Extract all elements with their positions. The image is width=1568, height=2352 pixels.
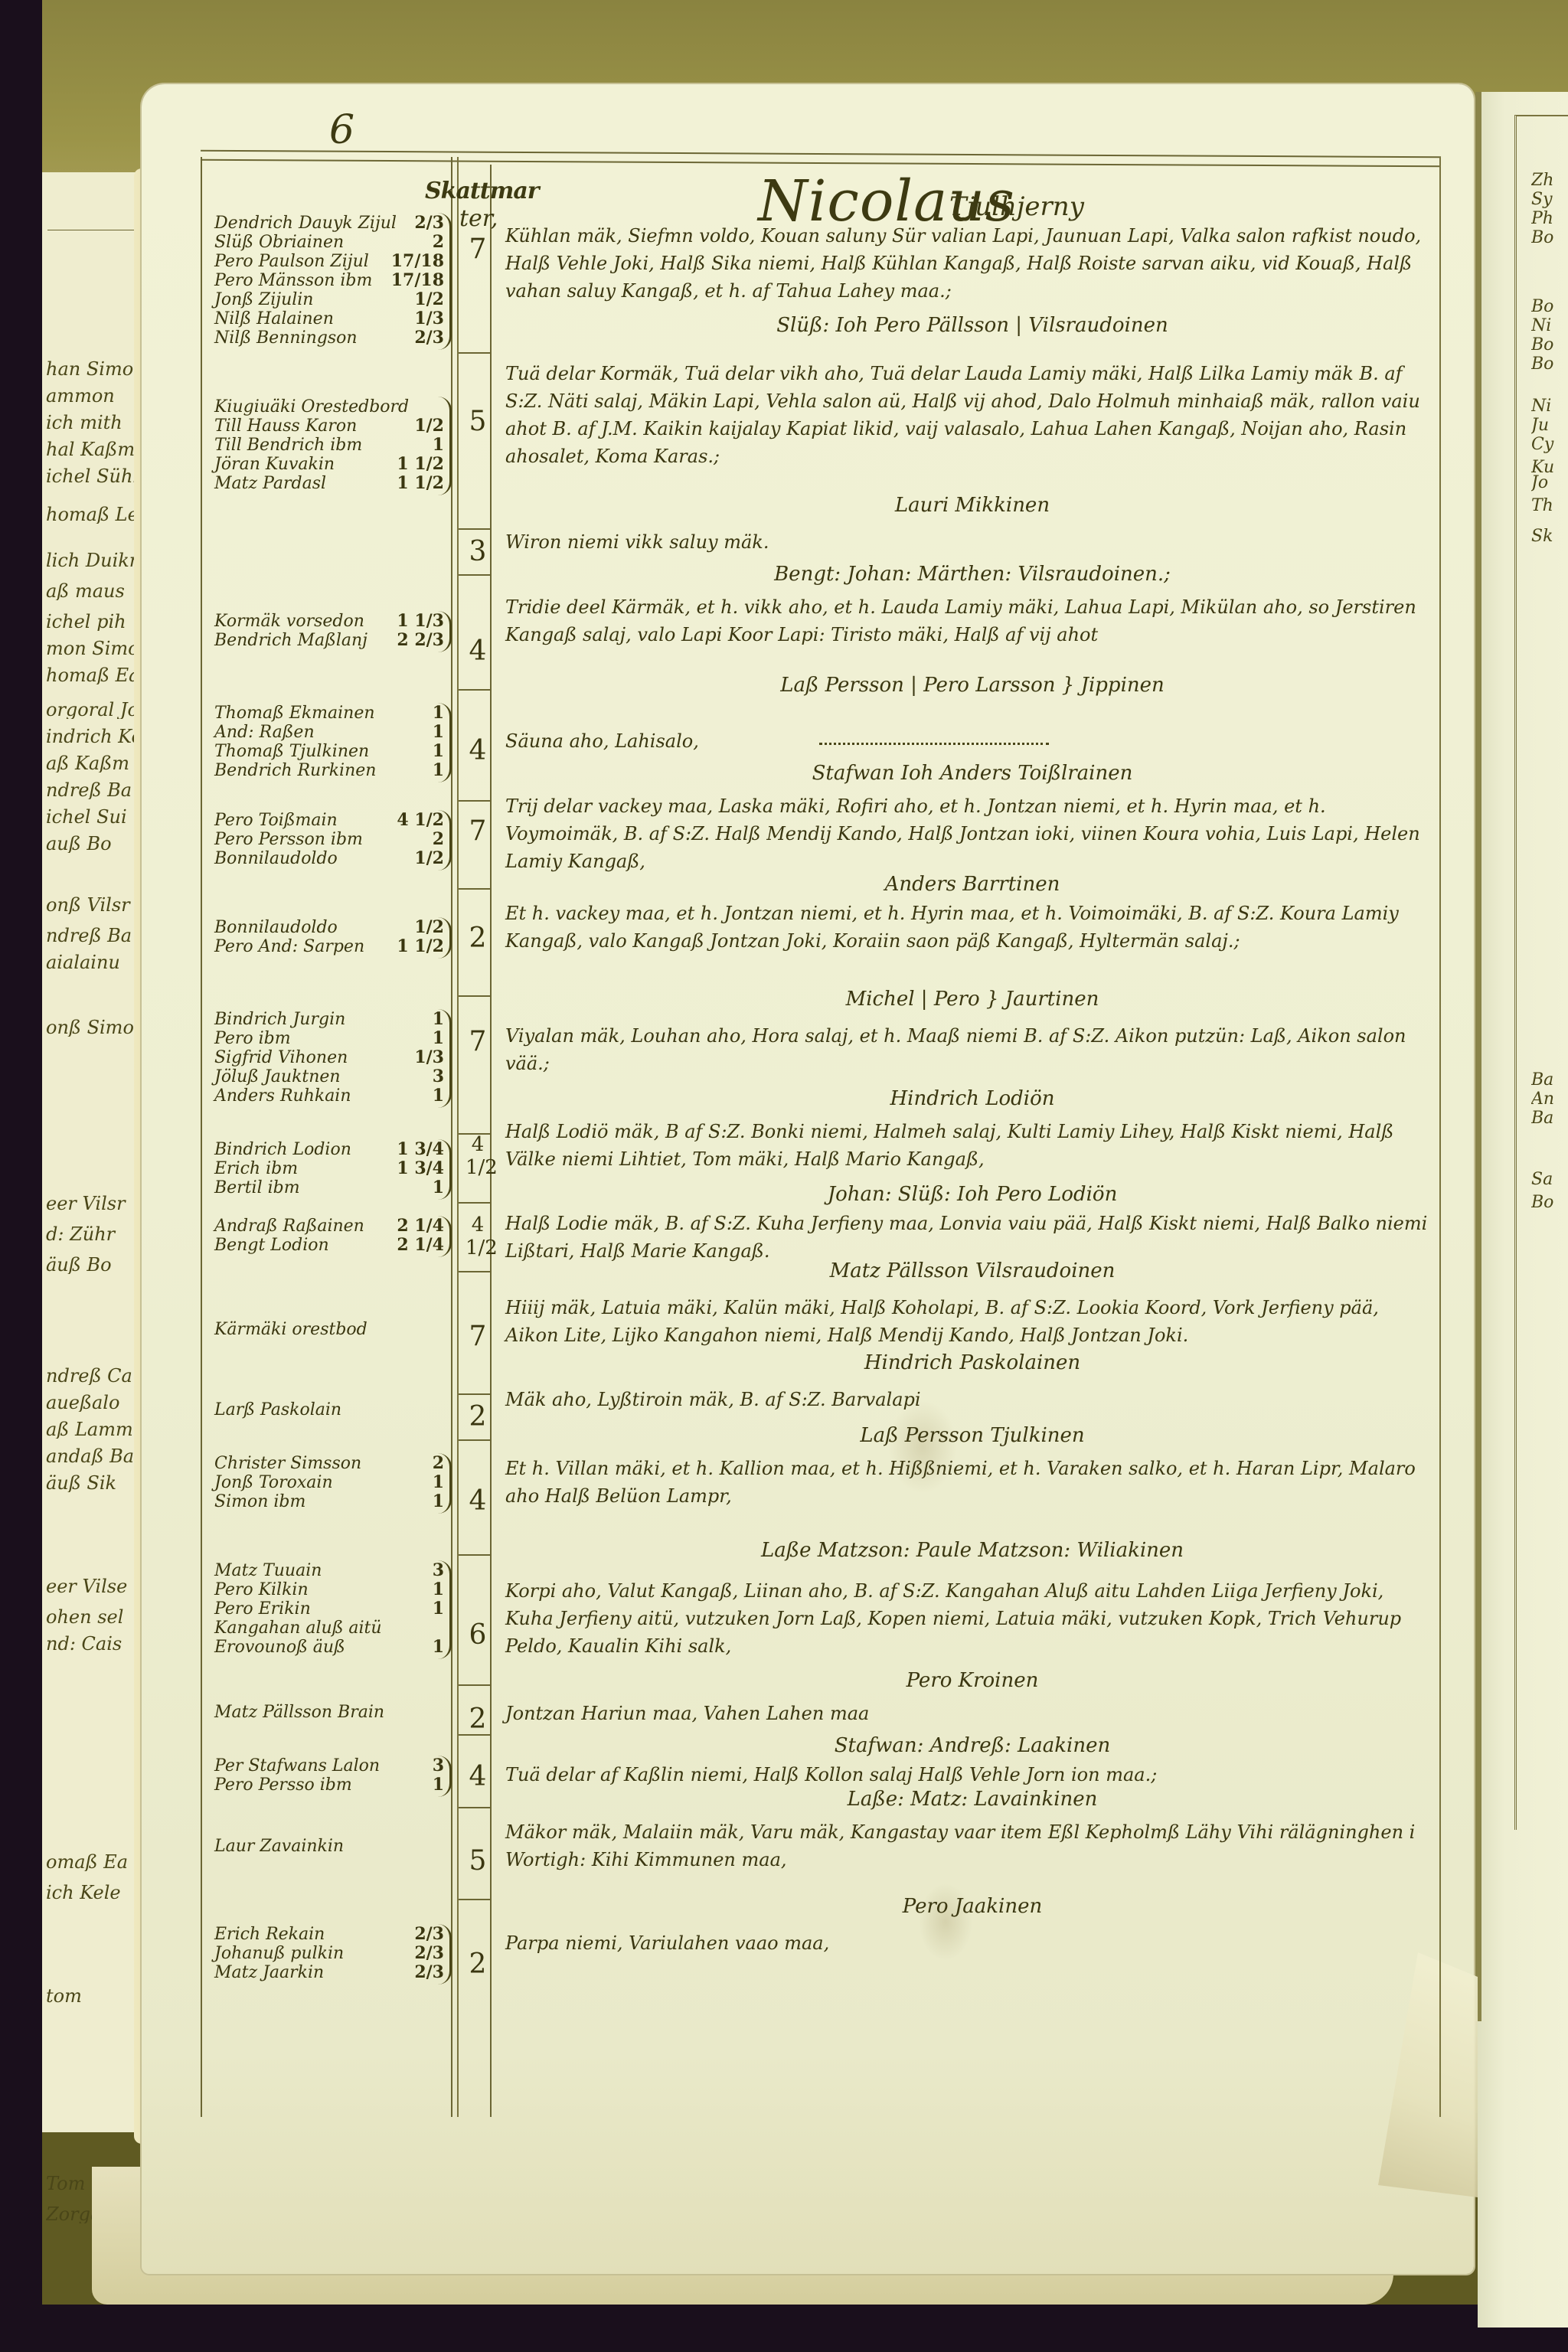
holder-list: Kiugiuäki OrestedbordTill Hauss Karon1/2… (214, 398, 444, 494)
right-page-fragment: Bo (1531, 230, 1568, 247)
left-page-fragment: ndreß Ba (46, 781, 145, 799)
holder-row: Pero Erikin1 (214, 1600, 444, 1619)
holder-name: Bonnilaudoldo (214, 850, 338, 869)
holder-name: And: Raßen (214, 724, 315, 743)
entry-text: Tuä delar Kormäk, Tuä delar vikh aho, Tu… (505, 360, 1432, 470)
right-page-fragment: Bo (1531, 1194, 1568, 1211)
holder-row: Pero ibm1 (214, 1030, 444, 1049)
holder-list: Pero Toißmain4 1/2Pero Persson ibm2Bonni… (214, 812, 444, 869)
holder-row: Bindrich Lodion1 3/4 (214, 1141, 444, 1160)
left-page-fragment: homaß Le (46, 505, 145, 524)
holder-row: Matz Pardasl1 1/2 (214, 475, 444, 494)
holder-row: Matz Tuuain3 (214, 1562, 444, 1581)
holder-name: Dendrich Dauyk Zijul (214, 214, 397, 234)
tax-value: 7 (465, 234, 490, 265)
left-page-fragment: aß Kaßm (46, 754, 145, 773)
holder-row: Pero Toißmain4 1/2 (214, 812, 444, 831)
left-page-fragment: ichel Sui (46, 808, 145, 826)
holder-name: Johanuß pulkin (214, 1945, 344, 1964)
right-page-fragment: Bo (1531, 337, 1568, 354)
page-number: 6 (329, 107, 354, 153)
holder-row: Simon ibm1 (214, 1493, 444, 1512)
left-page-fragment: äuß Bo (46, 1256, 145, 1274)
holder-row: Kormäk vorsedon1 1/3 (214, 612, 444, 632)
holder-name: Bendrich Maßlanj (214, 632, 367, 651)
holder-name: Pero Erikin (214, 1600, 311, 1619)
holder-row: Erovounoß äuß1 (214, 1638, 444, 1658)
holder-list: Kormäk vorsedon1 1/3Bendrich Maßlanj2 2/… (214, 612, 444, 651)
entry-text: Tuä delar af Kaßlin niemi, Halß Kollon s… (505, 1761, 1432, 1788)
right-page-fragment: Cy (1531, 436, 1568, 453)
entry-text: Jontzan Hariun maa, Vahen Lahen maa (505, 1700, 1432, 1727)
left-page-fragment: d: Zühr (46, 1225, 145, 1243)
tax-value: 7 (465, 815, 490, 847)
holder-name: Bengt Lodion (214, 1236, 329, 1256)
holder-row: Bendrich Rurkinen1 (214, 762, 444, 781)
holder-row: Sigfrid Vihonen1/3 (214, 1049, 444, 1068)
entry-text: Hiiij mäk, Latuia mäki, Kalün mäki, Halß… (505, 1294, 1432, 1349)
holder-list: Bonnilaudoldo1/2Pero And: Sarpen1 1/2 (214, 919, 444, 957)
left-page-fragment: aß maus (46, 582, 145, 600)
holder-name: Thomaß Tjulkinen (214, 743, 369, 762)
grouping-bracket (438, 810, 452, 871)
holder-row: Dendrich Dauyk Zijul2/3 (214, 214, 444, 234)
holder-name: Bendrich Rurkinen (214, 762, 376, 781)
holder-name: Jöluß Jauktnen (214, 1068, 341, 1087)
holder-name: Thomaß Ekmainen (214, 704, 375, 724)
holder-name: Simon ibm (214, 1493, 305, 1512)
holder-name: Till Bendrich ibm (214, 436, 362, 456)
left-page-fragment: han Simo (46, 360, 145, 378)
row-divider (459, 1439, 491, 1441)
holder-row: Kiugiuäki Orestedbord (214, 398, 444, 417)
holder-row: Jöran Kuvakin1 1/2 (214, 456, 444, 475)
left-page-fragment: ohen sel (46, 1608, 145, 1626)
tax-value: 7 (465, 1026, 490, 1057)
holder-row: Bonnilaudoldo1/2 (214, 850, 444, 869)
tax-value: 4 1/2 (465, 1133, 490, 1179)
left-page-fragment: nd: Cais (46, 1635, 145, 1653)
row-divider (459, 1807, 491, 1808)
tax-value: 2 (465, 1401, 490, 1432)
holder-row: Pero Persso ibm1 (214, 1776, 444, 1795)
left-page-fragment: orgoral Jo (46, 701, 145, 719)
holder-row: Anders Ruhkain1 (214, 1087, 444, 1106)
entry-heading: Lauri Mikkinen (505, 494, 1439, 517)
entry-text: Et h. vackey maa, et h. Jontzan niemi, e… (505, 900, 1432, 955)
tax-value: 3 (465, 536, 490, 567)
holder-name: Per Stafwans Lalon (214, 1757, 380, 1776)
entry-text: Wiron niemi vikk saluy mäk. (505, 528, 1432, 556)
holder-row: Laur Zavainkin (214, 1837, 444, 1857)
right-page-fragment: Sy (1531, 191, 1568, 208)
entry-heading: Laße Matzson: Paule Matzson: Wiliakinen (505, 1539, 1439, 1562)
tax-value: 2 (465, 1704, 490, 1735)
row-divider (459, 1684, 491, 1686)
right-page-fragment: Ni (1531, 318, 1568, 335)
holder-share: 2 1/4 (397, 1217, 444, 1236)
left-page-fragment: onß Vilsr (46, 896, 145, 914)
right-page-fragment: Th (1531, 498, 1568, 514)
left-page-fragment: mon Simo (46, 639, 145, 658)
holder-list: Dendrich Dauyk Zijul2/3Slüß Obriainen2Pe… (214, 214, 444, 348)
grouping-bracket (438, 1560, 452, 1659)
holder-row: Thomaß Ekmainen1 (214, 704, 444, 724)
entry-text: Trij delar vackey maa, Laska mäki, Rofir… (505, 792, 1432, 875)
grouping-bracket (438, 1009, 452, 1108)
entry-heading: Johan: Slüß: Ioh Pero Lodiön (505, 1183, 1439, 1206)
holder-share: 17/18 (391, 272, 444, 291)
row-divider (459, 888, 491, 890)
holder-share: 1 1/3 (397, 612, 444, 632)
holder-list: Matz Tuuain3Pero Kilkin1Pero Erikin1Kang… (214, 1562, 444, 1658)
holder-name: Kärmäki orestbod (214, 1321, 367, 1340)
entry-heading: Laß Persson Tjulkinen (505, 1424, 1439, 1447)
grouping-bracket (438, 213, 452, 350)
entry-heading: Laß Persson | Pero Larsson } Jippinen (505, 674, 1439, 697)
holder-name: Christer Simsson (214, 1455, 361, 1474)
holder-row: Johanuß pulkin2/3 (214, 1945, 444, 1964)
holder-name: Matz Pällsson Brain (214, 1704, 384, 1723)
holder-name: Erovounoß äuß (214, 1638, 345, 1658)
right-page-fragment: Sk (1531, 528, 1568, 545)
holder-list: Thomaß Ekmainen1And: Raßen1Thomaß Tjulki… (214, 704, 444, 781)
holder-share: 1 3/4 (397, 1141, 444, 1160)
holder-row: Jöluß Jauktnen3 (214, 1068, 444, 1087)
entry-heading: Hindrich Paskolainen (505, 1351, 1439, 1374)
entry-text: Halß Lodiö mäk, B af S:Z. Bonki niemi, H… (505, 1118, 1432, 1173)
holder-list: Larß Paskolain (214, 1401, 444, 1420)
holder-name: Matz Jaarkin (214, 1964, 324, 1983)
row-divider (459, 528, 491, 530)
entry-heading: Bengt: Johan: Märthen: Vilsraudoinen.; (505, 563, 1439, 586)
holder-list: Bindrich Jurgin1Pero ibm1Sigfrid Vihonen… (214, 1011, 444, 1106)
holder-share: 17/18 (391, 253, 444, 272)
right-page-fragment: Sa (1531, 1171, 1568, 1188)
holder-name: Erich ibm (214, 1160, 298, 1179)
holder-row: Nilß Benningson2/3 (214, 329, 444, 348)
row-divider (459, 352, 491, 354)
holder-name: Jonß Zijulin (214, 291, 313, 310)
left-page-fragment: andaß Ba (46, 1447, 145, 1465)
holder-name: Matz Pardasl (214, 475, 326, 494)
column-divider-tax (490, 165, 492, 2117)
entry-heading: Hindrich Lodiön (505, 1087, 1439, 1110)
right-page-fragment: Ni (1531, 398, 1568, 415)
right-page-fragment: Ku (1531, 459, 1568, 476)
entry-text: Mäkor mäk, Malaiin mäk, Varu mäk, Kangas… (505, 1818, 1432, 1873)
holder-name: Slüß Obriainen (214, 234, 344, 253)
left-page-fragment: eer Vilsr (46, 1194, 145, 1213)
left-page-fragment: eer Vilse (46, 1577, 145, 1596)
left-page-fragment: äuß Sik (46, 1474, 145, 1492)
holder-row: Bengt Lodion2 1/4 (214, 1236, 444, 1256)
grouping-bracket (438, 703, 452, 782)
grouping-bracket (438, 1453, 452, 1514)
holder-row: Erich Rekain2/3 (214, 1926, 444, 1945)
right-page-fragment: An (1531, 1091, 1568, 1108)
right-page-fragment: Bo (1531, 299, 1568, 315)
right-page-fragment: Bo (1531, 356, 1568, 373)
row-divider (459, 1202, 491, 1204)
entry-heading: Matz Pällsson Vilsraudoinen (505, 1259, 1439, 1282)
holder-row: Kärmäki orestbod (214, 1321, 444, 1340)
tax-value: 4 (465, 1485, 490, 1517)
left-page-fragment: ichel pih (46, 612, 145, 631)
left-page-fragment: ndreß Ba (46, 926, 145, 945)
holder-name: Bindrich Lodion (214, 1141, 351, 1160)
holder-row: Kangahan aluß aitü (214, 1619, 444, 1638)
holder-share: 1 1/2 (397, 938, 444, 957)
holder-name: Bindrich Jurgin (214, 1011, 345, 1030)
holder-list: Erich Rekain2/3Johanuß pulkin2/3Matz Jaa… (214, 1926, 444, 1983)
entry-text: Tridie deel Kärmäk, et h. vikk aho, et h… (505, 593, 1432, 648)
holder-row: Till Hauss Karon1/2 (214, 417, 444, 436)
entry-text: Korpi aho, Valut Kangaß, Liinan aho, B. … (505, 1577, 1432, 1660)
entry-text: Viyalan mäk, Louhan aho, Hora salaj, et … (505, 1022, 1432, 1077)
left-page-fragment: omaß Ea (46, 1853, 145, 1871)
entry-heading: Laße: Matz: Lavainkinen (505, 1788, 1439, 1811)
holder-name: Erich Rekain (214, 1926, 325, 1945)
left-page-fragment: aialainu (46, 953, 145, 972)
holder-row: Pero Kilkin1 (214, 1581, 444, 1600)
holder-name: Pero Persson ibm (214, 831, 363, 850)
holder-name: Jonß Toroxain (214, 1474, 333, 1493)
row-divider (459, 1899, 491, 1900)
right-page-fragment: Ba (1531, 1110, 1568, 1127)
entry-heading: Michel | Pero } Jaurtinen (505, 988, 1439, 1011)
holder-row: And: Raßen1 (214, 724, 444, 743)
holder-row: Nilß Halainen1/3 (214, 310, 444, 329)
holder-name: Nilß Halainen (214, 310, 334, 329)
holder-row: Pero Paulson Zijul17/18 (214, 253, 444, 272)
holder-name: Pero Kilkin (214, 1581, 309, 1600)
right-page-fragment: Ba (1531, 1072, 1568, 1089)
holder-name: Larß Paskolain (214, 1401, 341, 1420)
tax-value: 5 (465, 1845, 490, 1877)
holder-name: Kangahan aluß aitü (214, 1619, 382, 1638)
entry-text: Et h. Villan mäki, et h. Kallion maa, et… (505, 1455, 1432, 1510)
holder-name: Sigfrid Vihonen (214, 1049, 348, 1068)
holder-name: Pero Mänsson ibm (214, 272, 372, 291)
holder-name: Jöran Kuvakin (214, 456, 335, 475)
entry-text: Parpa niemi, Variulahen vaao maa, (505, 1929, 1432, 1957)
holder-name: Nilß Benningson (214, 329, 358, 348)
right-page-fragment: Zh (1531, 172, 1568, 189)
row-divider (459, 689, 491, 691)
holder-name: Pero Persso ibm (214, 1776, 352, 1795)
holder-share: 1 3/4 (397, 1160, 444, 1179)
holder-row: Thomaß Tjulkinen1 (214, 743, 444, 762)
holder-row: Pero Mänsson ibm17/18 (214, 272, 444, 291)
left-page-fragment: ich Kele (46, 1883, 145, 1902)
holder-row: Jonß Toroxain1 (214, 1474, 444, 1493)
holder-share: 1 1/2 (397, 475, 444, 494)
holder-share: 1 1/2 (397, 456, 444, 475)
row-divider (459, 1393, 491, 1395)
holder-list: Laur Zavainkin (214, 1837, 444, 1857)
holder-row: Bindrich Jurgin1 (214, 1011, 444, 1030)
holder-name: Andraß Raßainen (214, 1217, 364, 1236)
holder-name: Kormäk vorsedon (214, 612, 364, 632)
holder-name: Kiugiuäki Orestedbord (214, 398, 409, 417)
holder-row: Bendrich Maßlanj2 2/3 (214, 632, 444, 651)
entry-text: Säuna aho, Lahisalo, (505, 727, 1432, 755)
holder-name: Till Hauss Karon (214, 417, 357, 436)
left-page-fragment: auß Bo (46, 835, 145, 853)
holder-row: Andraß Raßainen2 1/4 (214, 1217, 444, 1236)
holder-name: Anders Ruhkain (214, 1087, 351, 1106)
holder-row: Matz Jaarkin2/3 (214, 1964, 444, 1983)
holder-row: Jonß Zijulin1/2 (214, 291, 444, 310)
tax-value: 2 (465, 1949, 490, 1980)
holder-row: Till Bendrich ibm1 (214, 436, 444, 456)
left-page-fragment: tom (46, 1987, 145, 2005)
holder-list: Kärmäki orestbod (214, 1321, 444, 1340)
left-page-fragment: homaß Ea (46, 666, 145, 684)
left-page-fragment: indrich Ke (46, 727, 145, 746)
row-divider (459, 1271, 491, 1272)
holder-share: 2 1/4 (397, 1236, 444, 1256)
holder-list: Per Stafwans Lalon3Pero Persso ibm1 (214, 1757, 444, 1795)
grouping-bracket (438, 1924, 452, 1984)
holder-name: Bonnilaudoldo (214, 919, 338, 938)
entry-heading: Anders Barrtinen (505, 873, 1439, 896)
grouping-bracket (438, 397, 452, 495)
left-page-fragment: ich mith (46, 413, 145, 432)
right-page-fragment: Ju (1531, 417, 1568, 434)
left-page-fragment: hal Kaßm (46, 440, 145, 459)
tax-value: 4 (465, 1761, 490, 1792)
entry-heading: Stafwan: Andreß: Laakinen (505, 1734, 1439, 1757)
book-gutter (1475, 92, 1481, 2021)
holder-row: Per Stafwans Lalon3 (214, 1757, 444, 1776)
tax-value: 4 1/2 (465, 1214, 490, 1259)
holder-row: Erich ibm1 3/4 (214, 1160, 444, 1179)
holder-name: Pero And: Sarpen (214, 938, 364, 957)
left-page-fragment: aueßalo (46, 1393, 145, 1412)
holder-share: 4 1/2 (397, 812, 444, 831)
right-page-fragment: Ph (1531, 211, 1568, 227)
holder-name: Pero Paulson Zijul (214, 253, 369, 272)
tax-value: 4 (465, 635, 490, 667)
entry-text: Kühlan mäk, Siefmn voldo, Kouan saluny S… (505, 222, 1432, 305)
holder-list: Christer Simsson2Jonß Toroxain1Simon ibm… (214, 1455, 444, 1512)
frame-line-left (201, 157, 202, 2117)
row-divider (459, 800, 491, 802)
holder-row: Christer Simsson2 (214, 1455, 444, 1474)
left-page-fragment: onß Simo (46, 1018, 145, 1037)
holder-list: Andraß Raßainen2 1/4Bengt Lodion2 1/4 (214, 1217, 444, 1256)
tax-value: 2 (465, 923, 490, 954)
left-page-fragment: ichel Sühl (46, 467, 145, 485)
holder-name: Bertil ibm (214, 1179, 300, 1198)
holder-list: Bindrich Lodion1 3/4Erich ibm1 3/4Bertil… (214, 1141, 444, 1198)
tax-value: 4 (465, 735, 490, 766)
entry-heading: Slüß: Ioh Pero Pällsson | Vilsraudoinen (505, 314, 1439, 337)
left-page-fragment: ndreß Ca (46, 1367, 145, 1385)
tax-column-header: Skattmar (425, 178, 539, 204)
tax-column-header-sub: ter, (459, 205, 498, 232)
holder-name: Matz Tuuain (214, 1562, 322, 1581)
entry-heading: Pero Jaakinen (505, 1895, 1439, 1918)
holder-row: Pero Persson ibm2 (214, 831, 444, 850)
entry-text: Halß Lodie mäk, B. af S:Z. Kuha Jerfieny… (505, 1210, 1432, 1265)
holder-list: Matz Pällsson Brain (214, 1704, 444, 1723)
holder-row: Bonnilaudoldo1/2 (214, 919, 444, 938)
row-divider (459, 574, 491, 576)
left-page-fragment: ammon (46, 387, 145, 405)
row-divider (459, 1734, 491, 1736)
right-page-fragment: Jo (1531, 475, 1568, 492)
grouping-bracket (438, 1139, 452, 1200)
page-title-suffix: Tjulhjerny (949, 191, 1084, 222)
holder-name: Pero ibm (214, 1030, 291, 1049)
left-page-fragment: aß Lamm (46, 1420, 145, 1439)
holder-row: Matz Pällsson Brain (214, 1704, 444, 1723)
tax-value: 5 (465, 406, 490, 437)
tax-value: 7 (465, 1321, 490, 1352)
row-divider (459, 1554, 491, 1556)
holder-row: Slüß Obriainen2 (214, 234, 444, 253)
holder-row: Pero And: Sarpen1 1/2 (214, 938, 444, 957)
row-divider (459, 995, 491, 997)
entry-heading: Stafwan Ioh Anders Toißlrainen (505, 762, 1439, 785)
holder-row: Larß Paskolain (214, 1401, 444, 1420)
entry-text: Mäk aho, Lyßtiroin mäk, B. af S:Z. Barva… (505, 1386, 1432, 1413)
left-page-fragment: lich Duikr (46, 551, 145, 570)
holder-share: 2 2/3 (397, 632, 444, 651)
entry-heading: Pero Kroinen (505, 1669, 1439, 1692)
column-divider-names-inner (457, 157, 459, 2117)
holder-name: Laur Zavainkin (214, 1837, 344, 1857)
holder-row: Bertil ibm1 (214, 1179, 444, 1198)
frame-line-right (1439, 157, 1441, 2117)
holder-name: Pero Toißmain (214, 812, 338, 831)
tax-value: 6 (465, 1619, 490, 1651)
